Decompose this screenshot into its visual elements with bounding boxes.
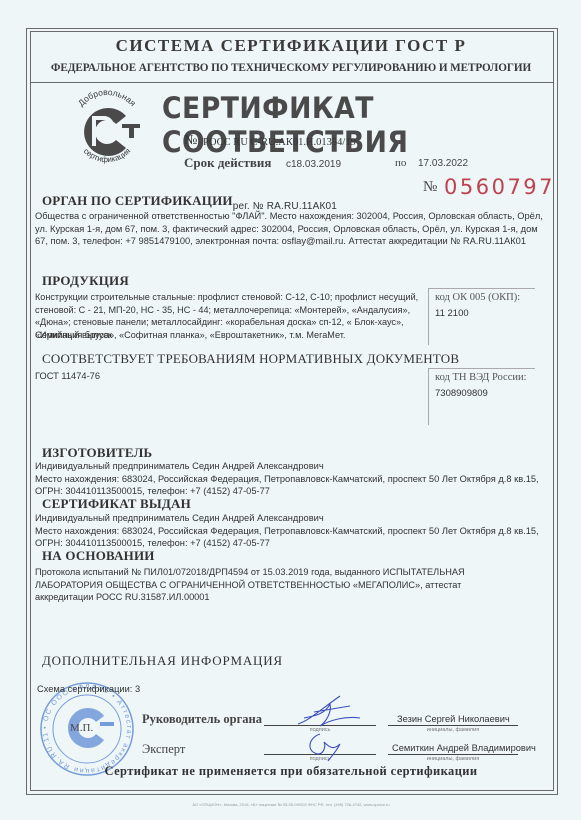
okp-code-box: код ОК 005 (ОКП): 11 2100	[428, 288, 535, 345]
blank-number: 0560797	[444, 175, 555, 199]
blank-number-label: №	[423, 179, 437, 196]
manufacturer-name: Индивидуальный предприниматель Седин Анд…	[35, 460, 550, 473]
issued-to-address: Место нахождения: 683024, Российская Фед…	[35, 525, 550, 538]
expert-name-caption: инициалы, фамилия	[388, 756, 518, 762]
logo-top-text: Добровольная	[76, 88, 138, 108]
okp-code-value: 11 2100	[429, 303, 535, 319]
product-heading: ПРОДУКЦИЯ	[42, 273, 129, 289]
certification-body-text: Общества с ограниченной ответственностью…	[35, 210, 545, 248]
issued-to-block: Индивидуальный предприниматель Седин Анд…	[35, 512, 550, 550]
okp-code-label: код ОК 005 (ОКП):	[429, 289, 535, 303]
certificate-title: СЕРТИФИКАТ СООТВЕТСТВИЯ	[162, 91, 547, 159]
manufacturer-address: Место нахождения: 683024, Российская Фед…	[35, 473, 550, 486]
manufacturer-block: Индивидуальный предприниматель Седин Анд…	[35, 460, 550, 498]
issued-to-heading: СЕРТИФИКАТ ВЫДАН	[42, 496, 191, 512]
serial-production: Серийный выпуск	[35, 329, 112, 342]
expert-label: Эксперт	[142, 742, 185, 757]
svg-text:Добровольная: Добровольная	[76, 88, 138, 108]
basis-heading: НА ОСНОВАНИИ	[42, 548, 155, 564]
manufacturer-heading: ИЗГОТОВИТЕЛЬ	[42, 445, 152, 461]
basis-text: Протокола испытаний № ПИЛ01/072018/ДРП45…	[35, 566, 475, 604]
printer-info: АО «ОПЦИОН», Москва, 2016, «Б» лицензия …	[30, 802, 552, 807]
valid-to: 17.03.2022	[418, 158, 468, 169]
system-title: СИСТЕМА СЕРТИФИКАЦИИ ГОСТ Р	[30, 36, 552, 56]
header-divider	[30, 82, 553, 83]
stamp-place-label: М.П.	[70, 722, 93, 734]
certification-body-heading: ОРГАН ПО СЕРТИФИКАЦИИрег. № RA.RU.11АК01	[42, 193, 337, 209]
expert-name: Семиткин Андрей Владимирович	[392, 742, 536, 755]
certification-scheme: Схема сертификации: 3	[37, 683, 140, 696]
tnved-code-label: код ТН ВЭД России:	[429, 369, 535, 383]
compliance-heading: СООТВЕТСТВУЕТ ТРЕБОВАНИЯМ НОРМАТИВНЫХ ДО…	[42, 351, 459, 367]
expert-signature-icon	[300, 728, 350, 762]
certification-body-title: ОРГАН ПО СЕРТИФИКАЦИИ	[42, 193, 233, 208]
certificate-number-label: №	[184, 133, 197, 149]
certificate-number: РОСС RU С-RU.АК01.Н.01354/19	[203, 137, 356, 148]
head-name-caption: инициалы, фамилия	[388, 727, 518, 733]
valid-to-label: по	[395, 157, 406, 169]
standard-document: ГОСТ 11474-76	[35, 370, 100, 383]
additional-info-heading: ДОПОЛНИТЕЛЬНАЯ ИНФОРМАЦИЯ	[42, 653, 283, 669]
tnved-code-value: 7308909809	[429, 383, 535, 399]
agency-title: ФЕДЕРАЛЬНОЕ АГЕНТСТВО ПО ТЕХНИЧЕСКОМУ РЕ…	[30, 62, 552, 74]
head-signature-icon	[290, 690, 370, 730]
rst-logo-icon: Добровольная сертификация	[64, 88, 150, 174]
tnved-code-box: код ТН ВЭД России: 7308909809	[428, 368, 535, 425]
footer-note: Сертификат не применяется при обязательн…	[30, 764, 552, 779]
valid-from: с18.03.2019	[286, 159, 341, 170]
head-name: Зезин Сергей Николаевич	[397, 713, 510, 726]
issued-to-name: Индивидуальный предприниматель Седин Анд…	[35, 512, 550, 525]
head-of-body-label: Руководитель органа	[142, 712, 262, 727]
validity-label: Срок действия	[184, 155, 271, 171]
